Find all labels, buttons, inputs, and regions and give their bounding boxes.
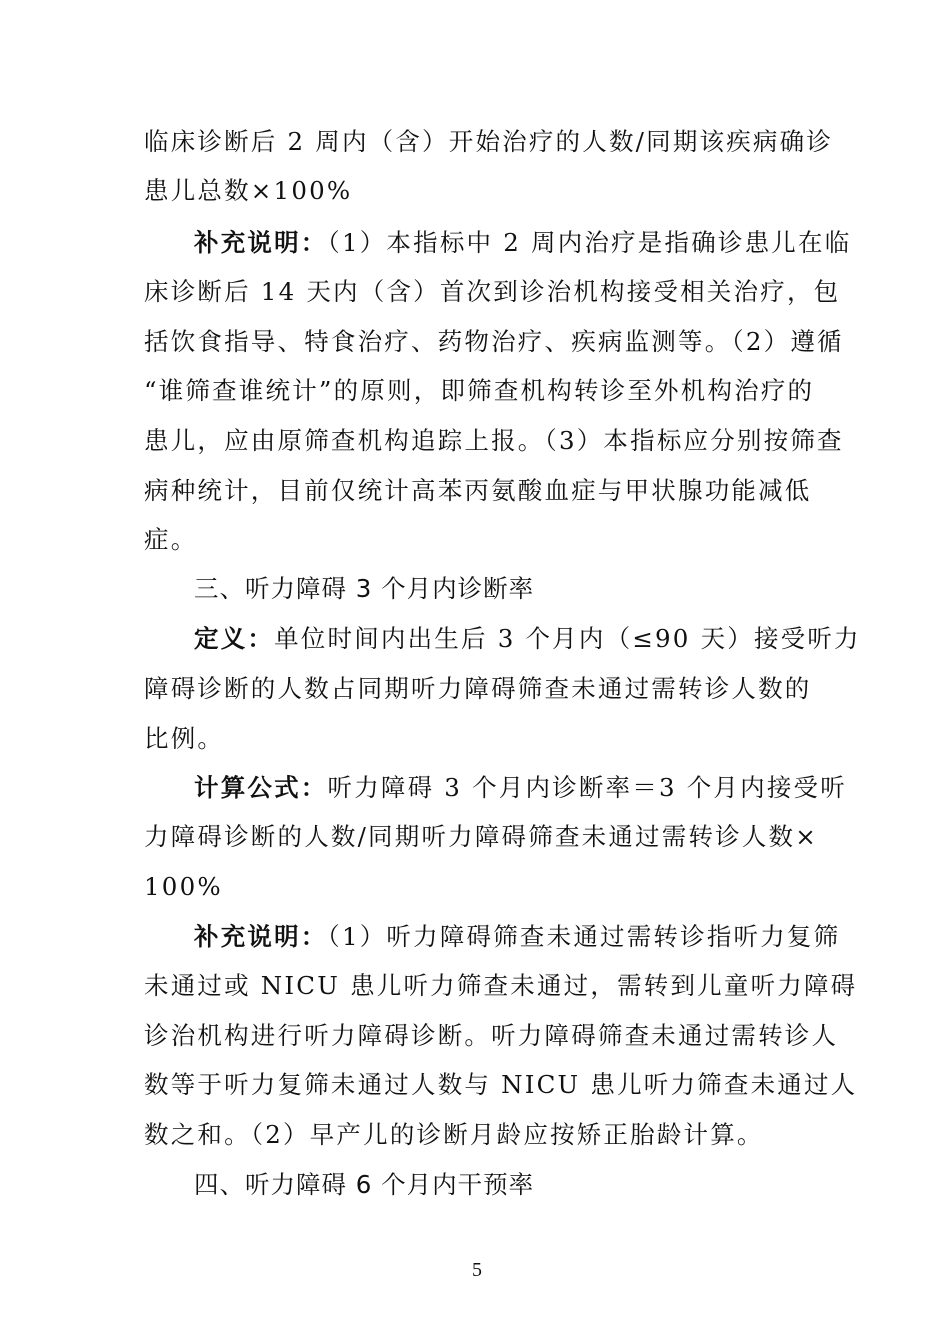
body-text: 障碍诊断的人数占同期听力障碍筛查未通过需转诊人数的 xyxy=(144,674,812,703)
body-text: 症。 xyxy=(144,525,197,554)
section-title: 四、听力障碍 6 个月内干预率 xyxy=(194,1170,534,1199)
paragraph-line: 未通过或 NICU 患儿听力筛查未通过，需转到儿童听力障碍 xyxy=(144,971,814,1001)
paragraph-line: “谁筛查谁统计”的原则，即筛查机构转诊至外机构治疗的 xyxy=(144,376,814,406)
paragraph-line: 诊治机构进行听力障碍诊断。听力障碍筛查未通过需转诊人 xyxy=(144,1021,814,1051)
body-text: 括饮食指导、特食治疗、药物治疗、疾病监测等。（2）遵循 xyxy=(144,327,844,356)
paragraph-line: 病种统计，目前仅统计高苯丙氨酸血症与甲状腺功能减低 xyxy=(144,476,814,506)
paragraph-line: 症。 xyxy=(144,525,814,555)
paragraph-line: 括饮食指导、特食治疗、药物治疗、疾病监测等。（2）遵循 xyxy=(144,327,814,357)
supplement-note-2-line: 补充说明：（1）听力障碍筛查未通过需转诊指听力复筛 xyxy=(194,922,814,952)
body-text: 听力障碍 3 个月内诊断率＝3 个月内接受听 xyxy=(328,773,847,802)
formula-continuation-line: 患儿总数×100% xyxy=(144,176,814,206)
formula-line: 计算公式：听力障碍 3 个月内诊断率＝3 个月内接受听 xyxy=(194,773,814,803)
paragraph-line: 力障碍诊断的人数/同期听力障碍筛查未通过需转诊人数× xyxy=(144,822,814,852)
formula-continuation-line: 临床诊断后 2 周内（含）开始治疗的人数/同期该疾病确诊 xyxy=(144,127,814,157)
body-text: 诊治机构进行听力障碍诊断。听力障碍筛查未通过需转诊人 xyxy=(144,1021,838,1050)
supplement-label: 补充说明： xyxy=(194,228,328,257)
supplement-label: 补充说明： xyxy=(194,922,328,951)
section-title: 三、听力障碍 3 个月内诊断率 xyxy=(194,574,534,603)
body-text: （1）本指标中 2 周内治疗是指确诊患儿在临 xyxy=(328,228,852,257)
body-text: 床诊断后 14 天内（含）首次到诊治机构接受相关治疗，包 xyxy=(144,277,840,306)
body-text: 患儿总数×100% xyxy=(144,176,352,205)
body-text: 病种统计，目前仅统计高苯丙氨酸血症与甲状腺功能减低 xyxy=(144,476,812,505)
body-text: 100% xyxy=(144,872,223,901)
paragraph-line: 比例。 xyxy=(144,724,814,754)
paragraph-line: 100% xyxy=(144,872,814,902)
page-number: 5 xyxy=(462,1258,492,1282)
body-text: （1）听力障碍筛查未通过需转诊指听力复筛 xyxy=(328,922,841,951)
supplement-note-1-line: 补充说明：（1）本指标中 2 周内治疗是指确诊患儿在临 xyxy=(194,228,814,258)
formula-label: 计算公式： xyxy=(194,773,328,802)
section-heading-3: 三、听力障碍 3 个月内诊断率 xyxy=(194,574,814,604)
body-text: “谁筛查谁统计”的原则，即筛查机构转诊至外机构治疗的 xyxy=(144,376,814,405)
paragraph-line: 数等于听力复筛未通过人数与 NICU 患儿听力筛查未通过人 xyxy=(144,1070,814,1100)
body-text: 力障碍诊断的人数/同期听力障碍筛查未通过需转诊人数× xyxy=(144,822,818,851)
paragraph-line: 数之和。（2）早产儿的诊断月龄应按矫正胎龄计算。 xyxy=(144,1120,814,1150)
section-heading-4: 四、听力障碍 6 个月内干预率 xyxy=(194,1170,814,1200)
paragraph-line: 患儿，应由原筛查机构追踪上报。（3）本指标应分别按筛查 xyxy=(144,426,814,456)
body-text: 数等于听力复筛未通过人数与 NICU 患儿听力筛查未通过人 xyxy=(144,1070,857,1099)
definition-label: 定义： xyxy=(194,624,274,653)
body-text: 比例。 xyxy=(144,724,224,753)
definition-line: 定义：单位时间内出生后 3 个月内（≤90 天）接受听力 xyxy=(194,624,814,654)
paragraph-line: 床诊断后 14 天内（含）首次到诊治机构接受相关治疗，包 xyxy=(144,277,814,307)
body-text: 临床诊断后 2 周内（含）开始治疗的人数/同期该疾病确诊 xyxy=(144,127,833,156)
body-text: 单位时间内出生后 3 个月内（≤90 天）接受听力 xyxy=(274,624,861,653)
paragraph-line: 障碍诊断的人数占同期听力障碍筛查未通过需转诊人数的 xyxy=(144,674,814,704)
body-text: 数之和。（2）早产儿的诊断月龄应按矫正胎龄计算。 xyxy=(144,1120,764,1149)
document-page: 临床诊断后 2 周内（含）开始治疗的人数/同期该疾病确诊 患儿总数×100% 补… xyxy=(0,0,944,1336)
body-text: 未通过或 NICU 患儿听力筛查未通过，需转到儿童听力障碍 xyxy=(144,971,857,1000)
body-text: 患儿，应由原筛查机构追踪上报。（3）本指标应分别按筛查 xyxy=(144,426,844,455)
